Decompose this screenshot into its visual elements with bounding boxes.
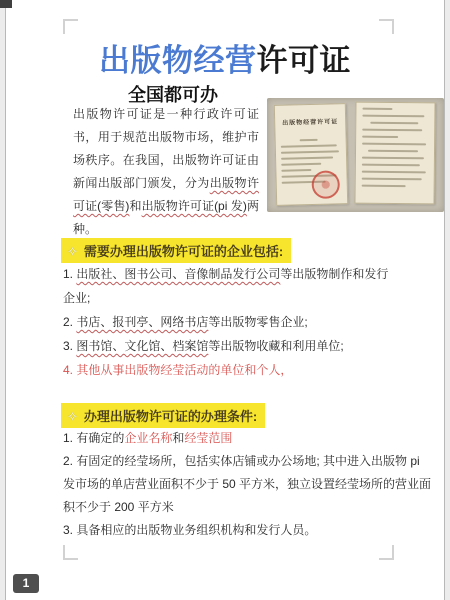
blurred-text-line	[300, 139, 318, 141]
section-heading-conditions: ✧办理出版物许可证的办理条件:	[61, 403, 265, 428]
page-number-badge: 1	[13, 574, 39, 593]
sparkle-icon: ✧	[67, 244, 78, 259]
list-item-text: 和	[172, 431, 184, 445]
intro-text: 和	[129, 199, 141, 213]
certificate-title: 出版物经营许可证	[275, 111, 346, 136]
blurred-text-line	[362, 171, 426, 174]
crop-mark-top-left-icon	[63, 19, 78, 34]
blurred-text-line	[281, 144, 337, 147]
list-item-emphasized: 企业名称	[124, 431, 172, 445]
section-heading-conditions-label: 办理出版物许可证的办理条件:	[84, 409, 257, 424]
sparkle-icon: ✧	[67, 409, 78, 424]
section-heading-enterprises: ✧需要办理出版物许可证的企业包括:	[61, 238, 291, 263]
blurred-text-line	[362, 108, 392, 110]
blurred-text-line	[362, 143, 426, 146]
list-item: 3. 具备相应的出版物业务组织机构和发行人员。	[63, 519, 433, 542]
certificate-page-right	[354, 102, 435, 205]
list-item: 2. 书店、报刊亭、网络书店等出版物零售企业;	[63, 310, 389, 334]
list-item-emphasized: 4. 其他从事出版物经莹活动的单位和个人，	[63, 358, 389, 382]
blurred-text-line	[281, 163, 321, 166]
blurred-text-line	[362, 129, 422, 132]
blurred-text-line	[281, 150, 339, 153]
intro-paragraph: 出版物经营许可证	[73, 103, 444, 241]
enterprises-list: 1. 出版社、图书公司、音像制品发行公司等出版物制作和发行企业; 2. 书店、报…	[63, 262, 389, 382]
scan-artifact	[0, 0, 12, 8]
page-title-rest: 许可证	[257, 43, 352, 78]
certificate-page-left: 出版物经营许可证	[274, 103, 348, 206]
crop-mark-top-right-icon	[379, 19, 394, 34]
list-item-number: 2.	[63, 315, 76, 329]
blurred-text-line	[362, 136, 398, 138]
conditions-list: 1. 有确定的企业名称和经莹范围 2. 有固定的经莹场所，包括实体店铺或办公场地…	[63, 427, 433, 542]
license-certificate-photo: 出版物经营许可证	[267, 98, 444, 212]
section-heading-enterprises-label: 需要办理出版物许可证的企业包括:	[84, 244, 283, 259]
blurred-text-line	[362, 157, 424, 160]
intro-underlined-wholesale: 出版物许可证(pi 发)	[142, 199, 247, 213]
list-item-underlined: 书店、报刊亭、网络书店	[76, 315, 208, 329]
list-item: 1. 出版社、图书公司、音像制品发行公司等出版物制作和发行企业;	[63, 262, 389, 310]
crop-mark-bottom-left-icon	[63, 545, 78, 560]
document-page: 出版物经营许可证 全国都可办 出版物经营许可证	[5, 0, 445, 600]
red-seal-icon	[311, 170, 340, 199]
list-item-number: 3.	[63, 339, 76, 353]
blurred-text-line	[362, 115, 424, 118]
list-item-emphasized: 经莹范围	[184, 431, 232, 445]
list-item: 2. 有固定的经莹场所，包括实体店铺或办公场地; 其中进入出版物 pi 发市场的…	[63, 450, 433, 519]
list-item-number: 1.	[63, 267, 76, 281]
list-item: 3. 图书馆、文化馆、档案馆等出版物收藏和利用单位;	[63, 334, 389, 358]
blurred-text-line	[368, 150, 418, 153]
list-item: 1. 有确定的企业名称和经莹范围	[63, 427, 433, 450]
page-title: 出版物经营许可证	[6, 35, 444, 80]
blurred-text-line	[362, 178, 422, 181]
blurred-text-line	[362, 164, 420, 167]
list-item-text: 等出版物收藏和利用单位;	[208, 339, 343, 353]
blurred-text-line	[281, 169, 311, 172]
list-item-underlined: 出版社、图书公司、音像制品发行公司	[76, 267, 280, 281]
crop-mark-bottom-right-icon	[379, 545, 394, 560]
page-title-highlighted: 出版物经营	[99, 43, 257, 78]
blurred-text-line	[370, 122, 418, 125]
list-item-text: 1. 有确定的	[63, 431, 124, 445]
list-item-text: 等出版物零售企业;	[208, 315, 307, 329]
list-item-underlined: 图书馆、文化馆、档案馆	[76, 339, 208, 353]
blurred-text-line	[281, 156, 333, 159]
blurred-text-line	[362, 185, 406, 187]
